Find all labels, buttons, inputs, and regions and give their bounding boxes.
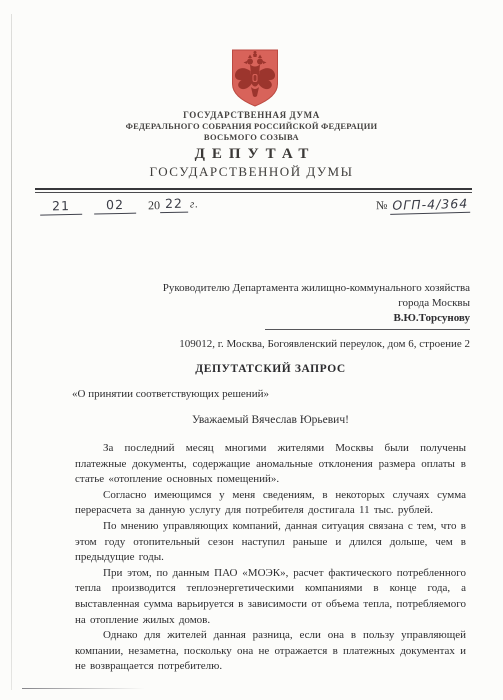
role-title: ДЕПУТАТ xyxy=(0,146,503,163)
scanned-letter-page: ГОСУДАРСТВЕННАЯ ДУМА ФЕДЕРАЛЬНОГО СОБРАН… xyxy=(0,0,503,700)
number-sign: № xyxy=(376,198,391,215)
document-number: № ОГП-4/364 xyxy=(376,196,471,215)
date-year: 22 xyxy=(160,196,188,214)
subject-line: «О принятии соответствующих решений» xyxy=(72,388,269,400)
addressee-underline xyxy=(265,329,470,330)
date-month: 02 xyxy=(94,197,136,215)
date-century: 20 xyxy=(148,198,160,213)
addressee-address: 109012, г. Москва, Богоявленский переуло… xyxy=(110,337,470,352)
date-suffix: г. xyxy=(190,198,199,212)
addressee-name: В.Ю.Торсунову xyxy=(110,311,470,326)
letterhead-divider xyxy=(35,188,472,193)
body-paragraph: За последний месяц многими жителями Моск… xyxy=(75,441,466,488)
scan-bottom-artifact xyxy=(22,688,145,689)
handwritten-date: 21 02 20 22 г. xyxy=(40,195,199,215)
addressee-line2: города Москвы xyxy=(110,296,470,311)
handwritten-number: ОГП-4/364 xyxy=(390,196,470,215)
body-paragraph: По мнению управляющих компаний, данная с… xyxy=(75,519,466,566)
date-number-row: 21 02 20 22 г. № ОГП-4/364 xyxy=(40,197,470,214)
org-name-line2: ФЕДЕРАЛЬНОГО СОБРАНИЯ РОССИЙСКОЙ ФЕДЕРАЦ… xyxy=(0,121,503,132)
org-name-line3: ВОСЬМОГО СОЗЫВА xyxy=(0,132,503,143)
salutation: Уважаемый Вячеслав Юрьевич! xyxy=(75,414,466,426)
body-paragraph: При этом, по данным ПАО «МОЭК», расчет ф… xyxy=(75,566,466,628)
letter-body: За последний месяц многими жителями Моск… xyxy=(75,441,466,675)
document-title: ДЕПУТАТСКИЙ ЗАПРОС xyxy=(75,363,466,375)
body-paragraph: Однако для жителей данная разница, если … xyxy=(75,628,466,675)
coat-of-arms-icon xyxy=(0,48,503,108)
addressee-line1: Руководителю Департамента жилищно-коммун… xyxy=(110,281,470,296)
body-paragraph: Согласно имеющимся у меня сведениям, в н… xyxy=(75,488,466,519)
date-day: 21 xyxy=(40,198,82,216)
org-name-line1: ГОСУДАРСТВЕННАЯ ДУМА xyxy=(0,110,503,121)
letterhead-org-block: ГОСУДАРСТВЕННАЯ ДУМА ФЕДЕРАЛЬНОГО СОБРАН… xyxy=(0,110,503,143)
role-subtitle: ГОСУДАРСТВЕННОЙ ДУМЫ xyxy=(0,164,503,180)
addressee-block: Руководителю Департамента жилищно-коммун… xyxy=(110,281,470,352)
